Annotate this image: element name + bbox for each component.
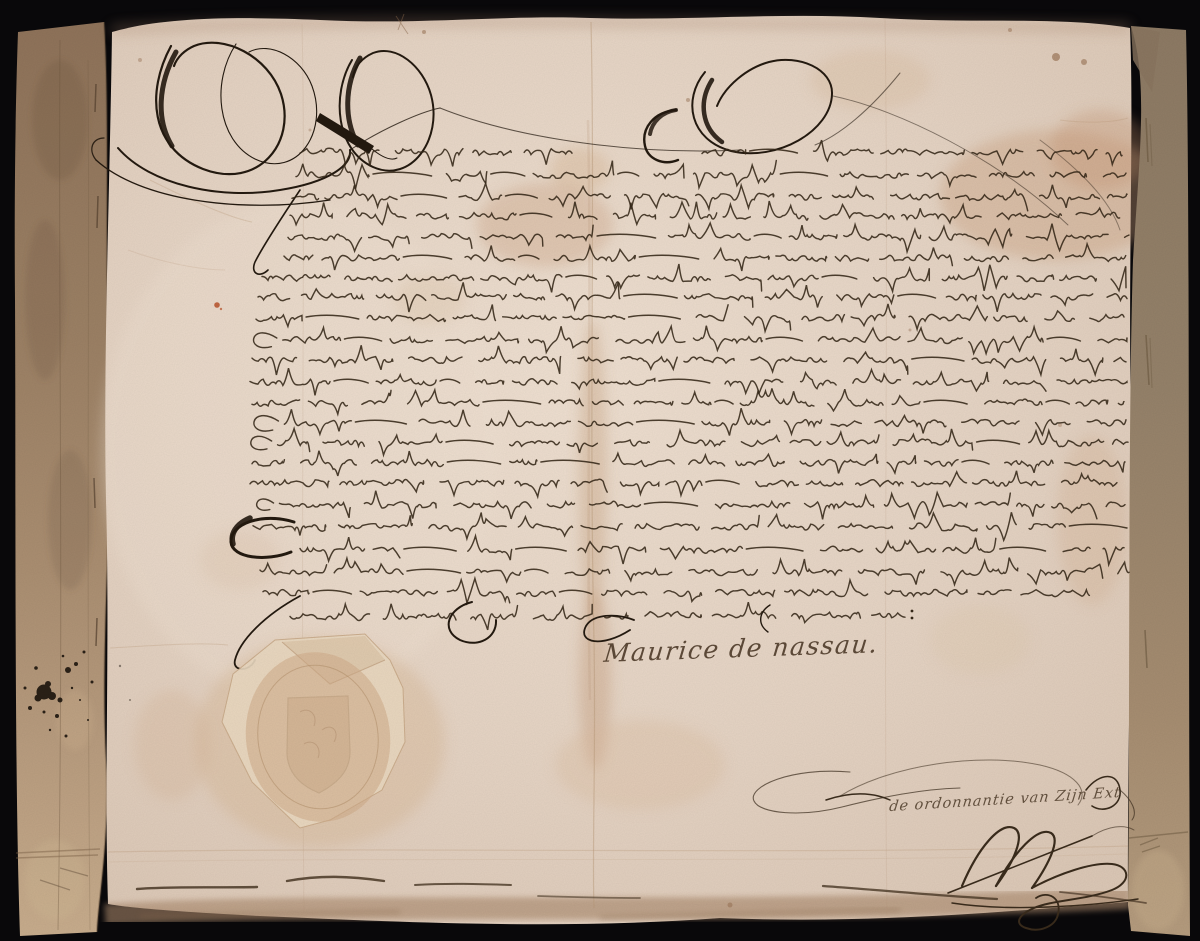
manuscript-photo: Maurice de nassau. de ordonnantie van Zi…	[0, 0, 1200, 941]
